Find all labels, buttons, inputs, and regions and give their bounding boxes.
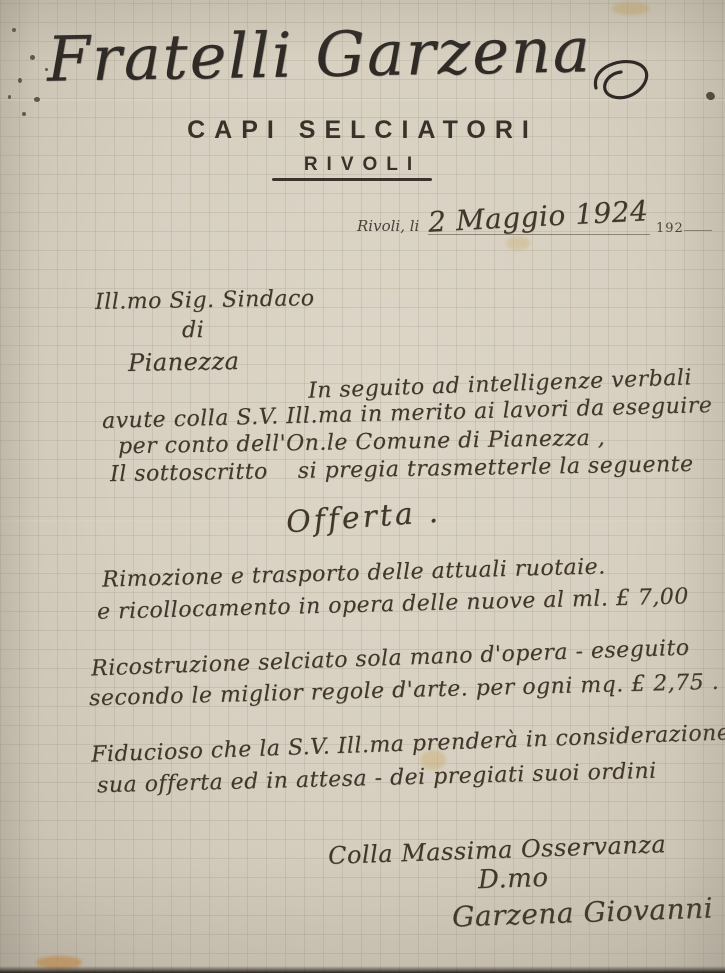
paper-stain [612, 2, 650, 15]
ink-speck [34, 97, 40, 102]
body-line: sua offerta ed in attesa - dei pregiati … [97, 759, 657, 799]
photographed-letter: Fratelli Garzena CAPI SELCIATORI RIVOLI … [0, 0, 725, 973]
ink-speck [705, 90, 717, 101]
signature: Garzena Giovanni [452, 891, 714, 933]
recipient-line: di [182, 318, 204, 343]
body-line: Rimozione e trasporto delle attuali ruot… [102, 554, 606, 592]
letterhead-subtitle: CAPI SELCIATORI [187, 116, 538, 145]
paper-stain [506, 236, 530, 250]
dateline-year-stub: 192 [656, 221, 684, 236]
letterhead-underline [272, 178, 432, 181]
recipient-line: Pianezza [128, 347, 240, 377]
paper-stain [36, 956, 82, 969]
recipient-line: Ill.mo Sig. Sindaco [95, 286, 315, 315]
handwritten-date: 2 Maggio 1924 [427, 194, 649, 238]
ink-speck [12, 28, 16, 32]
letterhead-company-name: Fratelli Garzena [46, 13, 592, 95]
ink-speck [18, 78, 22, 83]
offer-heading: Offerta . [285, 495, 442, 541]
calligraphic-flourish-icon [588, 52, 660, 108]
ink-speck [22, 112, 26, 116]
letterhead-city: RIVOLI [304, 154, 421, 176]
quadrille-grid [0, 0, 725, 973]
closing-signoff: D.mo [477, 863, 549, 895]
dateline-rule [428, 234, 650, 235]
paper-crease [0, 99, 725, 101]
ink-speck [30, 55, 35, 60]
photo-bottom-edge [0, 966, 725, 973]
photo-vignette [0, 0, 725, 973]
ink-speck [8, 95, 11, 99]
dateline-printed-prefix: Rivoli, li [357, 217, 419, 235]
dateline-rule [684, 230, 712, 231]
